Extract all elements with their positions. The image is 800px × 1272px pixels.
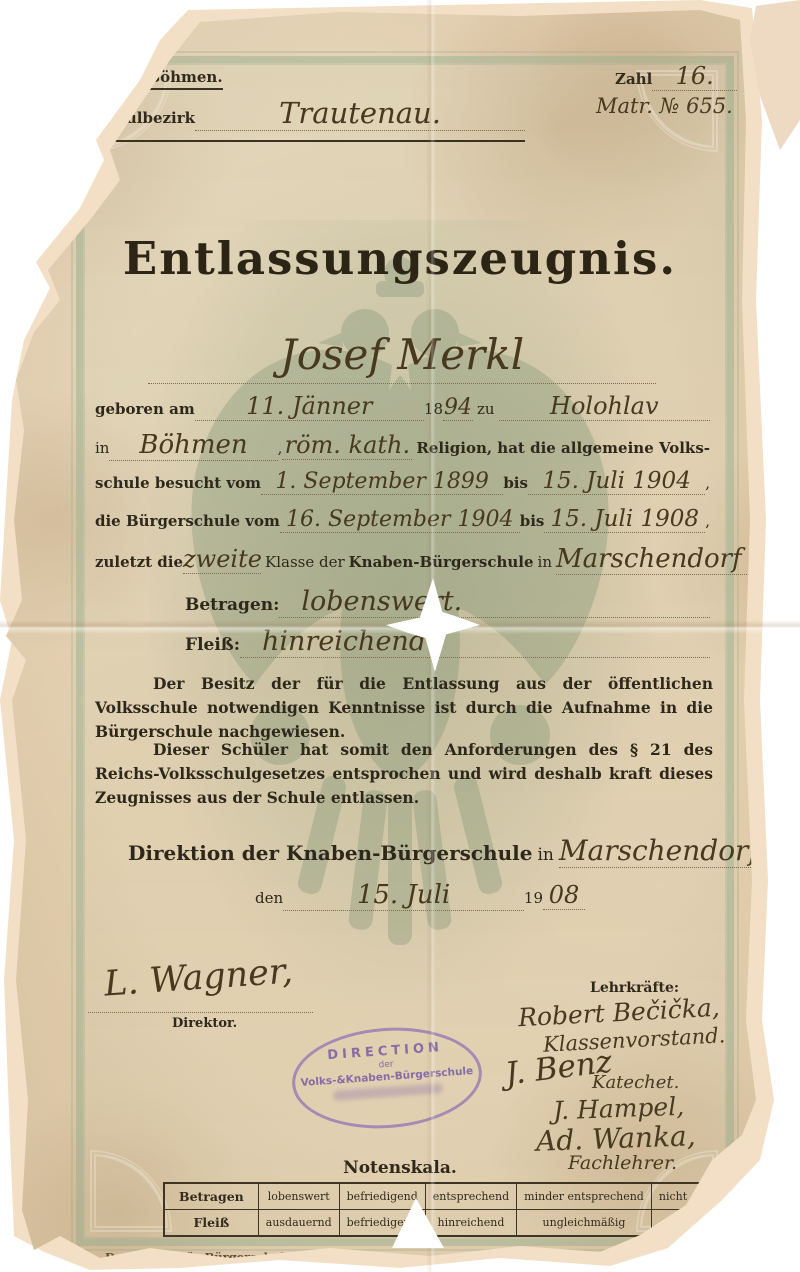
certificate-paper: Land: Böhmen. Zahl 16. Schulbezirk Traut… — [0, 0, 800, 1272]
age-vignette — [0, 0, 800, 1272]
scanned-certificate: Land: Böhmen. Zahl 16. Schulbezirk Traut… — [0, 0, 800, 1272]
